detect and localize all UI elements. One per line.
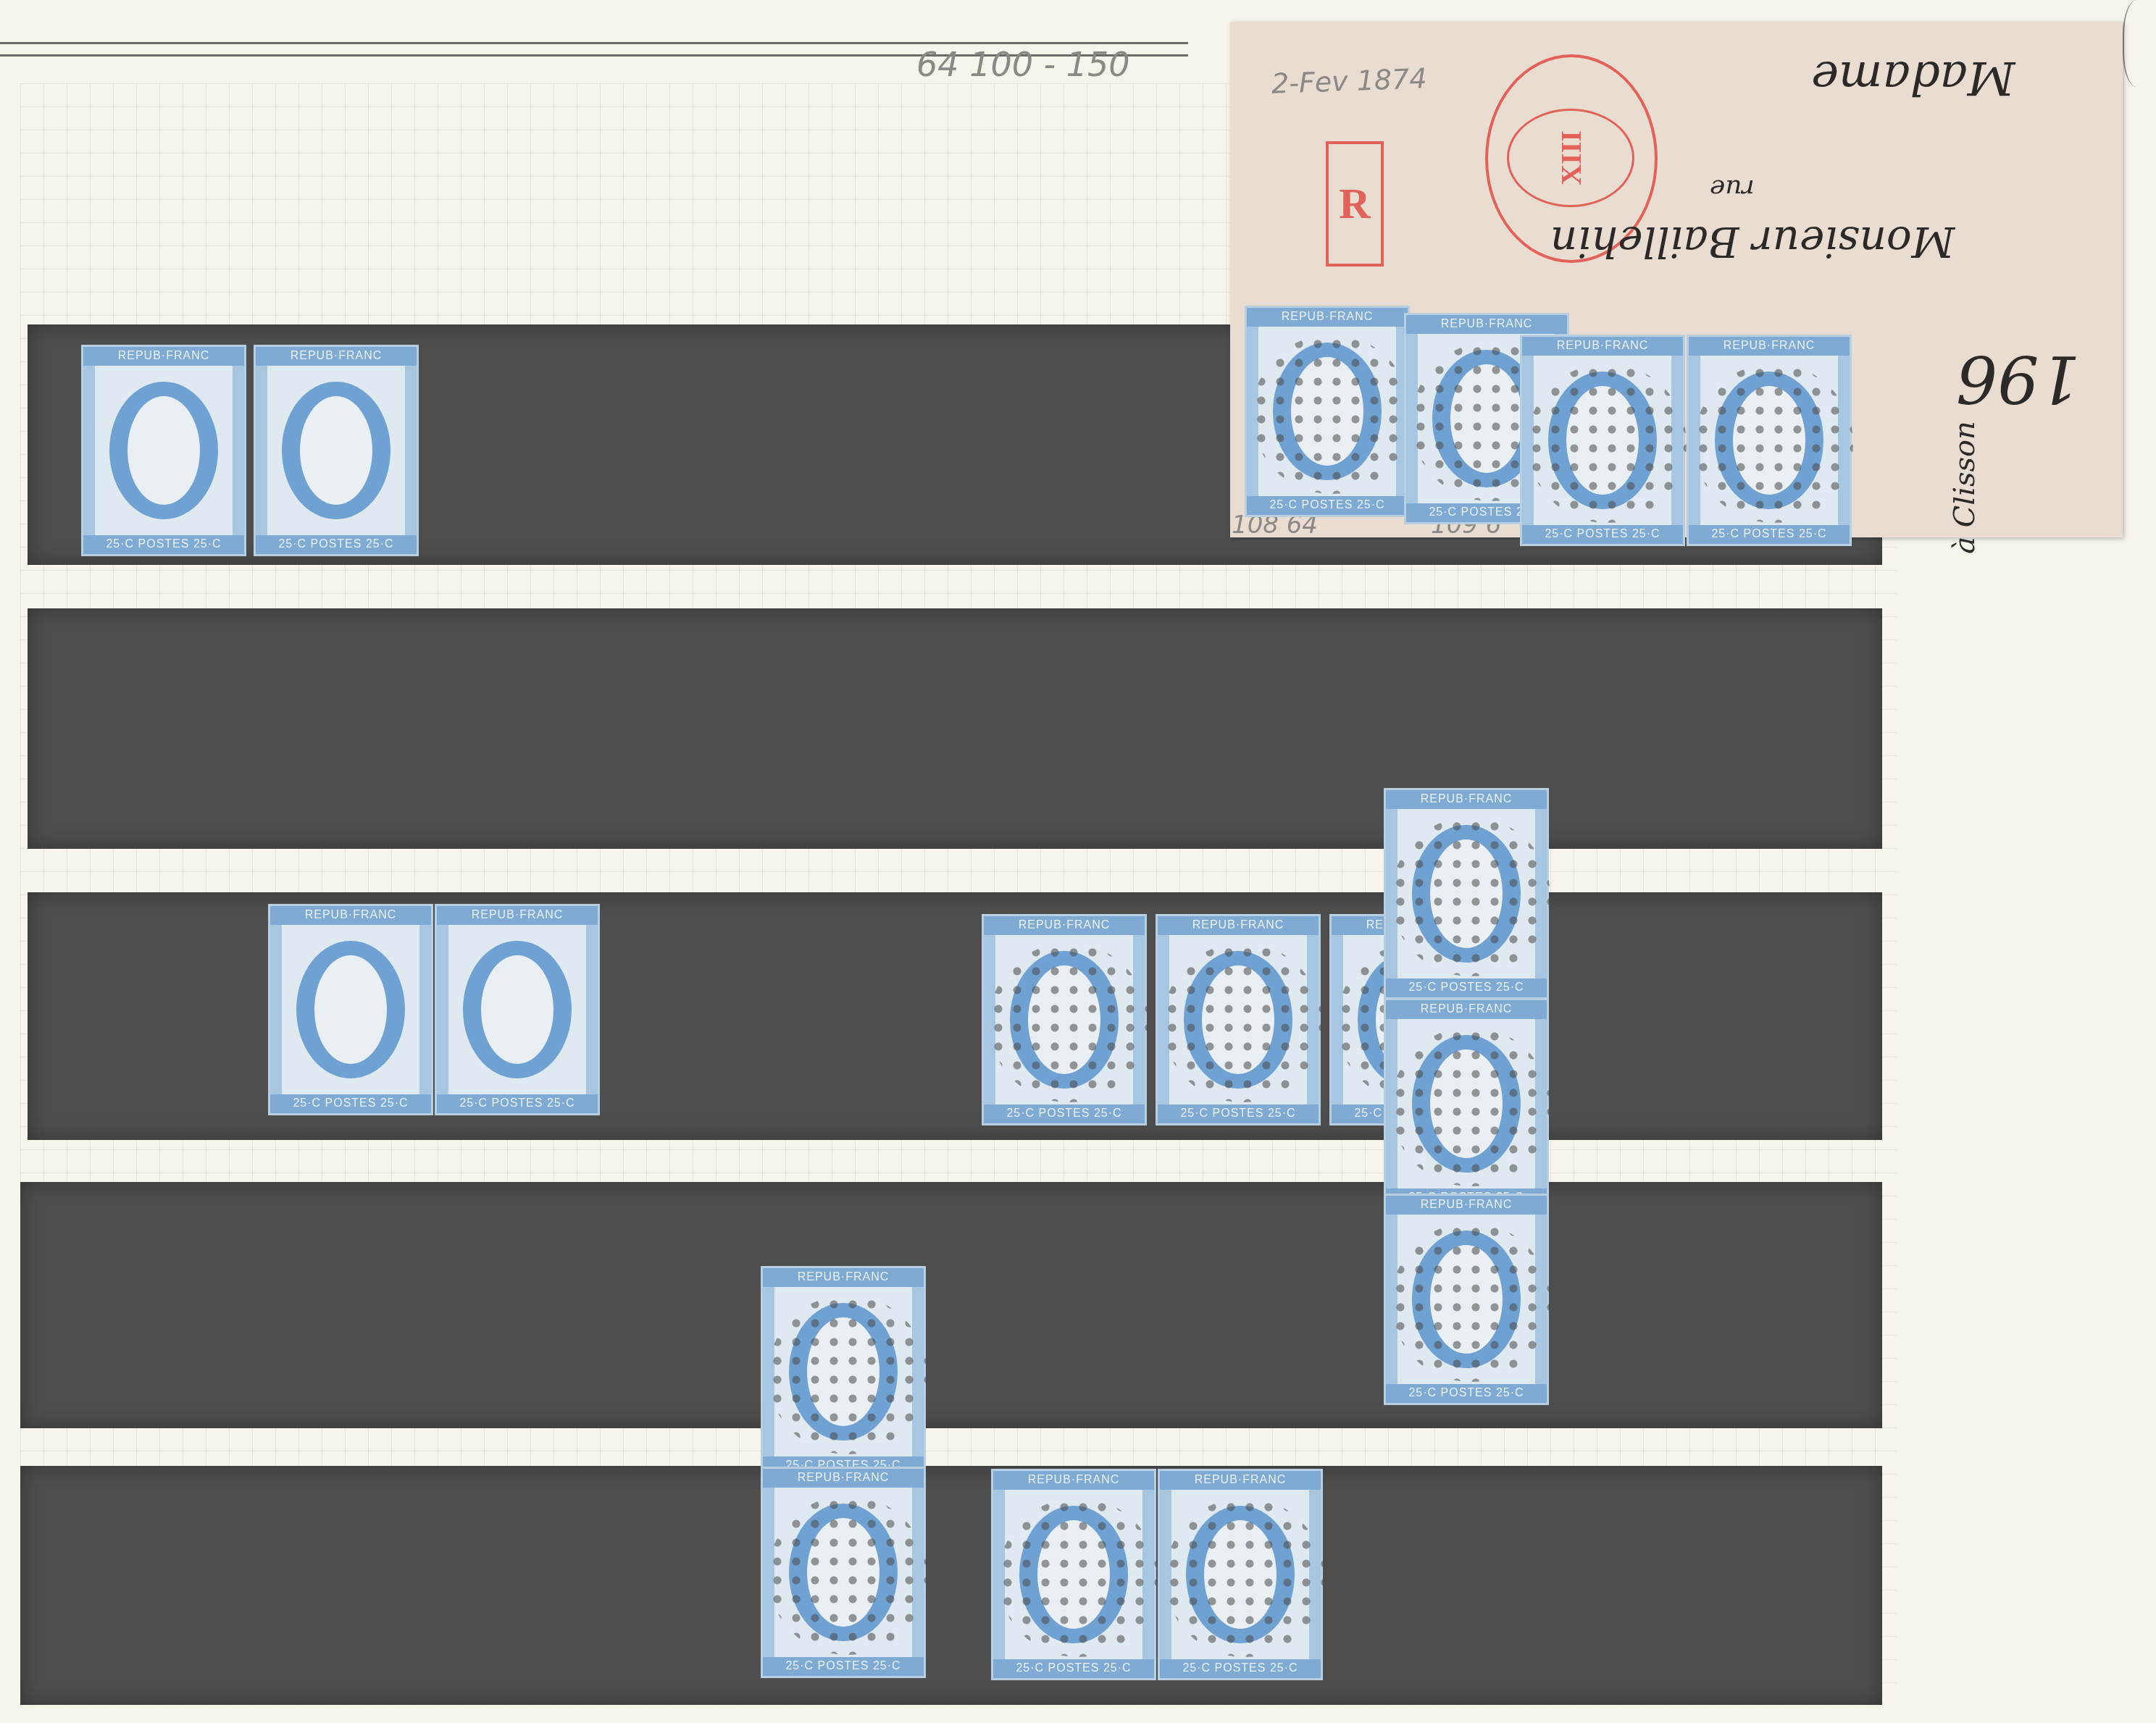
- address-line-1: Madame: [1811, 51, 2015, 104]
- address-line-2: Monsieur Baillehin: [1550, 217, 1955, 267]
- red-postmark-inner: XIII: [1507, 109, 1634, 207]
- stamp-top-legend: REPUB·FRANC: [763, 1469, 924, 1488]
- dotted-lozenge-cancel: [1391, 1223, 1550, 1382]
- album-strip-4: [20, 1182, 1882, 1428]
- registration-letter: R: [1339, 179, 1370, 229]
- stamp-bottom-legend: 25·C POSTES 25·C: [984, 1104, 1145, 1123]
- stamp-top-legend: REPUB·FRANC: [270, 906, 431, 925]
- stamp-top-legend: REPUB·FRANC: [1689, 337, 1850, 356]
- address-line-4: 196: [1956, 340, 2081, 416]
- stamp-bottom-legend: 25·C POSTES 25·C: [993, 1659, 1154, 1678]
- stamp-top-legend: REPUB·FRANC: [437, 906, 598, 925]
- dotted-lozenge-cancel: [768, 1295, 927, 1454]
- ceres-head-icon: [300, 396, 372, 505]
- stamp-bottom-legend: 25·C POSTES 25·C: [83, 535, 244, 554]
- dotted-lozenge-cancel: [1527, 364, 1687, 523]
- stamp-top-legend: REPUB·FRANC: [1247, 308, 1408, 327]
- stamp-top-legend: REPUB·FRANC: [1386, 1196, 1547, 1215]
- address-line-3: rue: [1710, 174, 1755, 204]
- dotted-lozenge-cancel: [1694, 364, 1853, 523]
- stamp-ceres-25c: REPUB·FRANC25·C POSTES 25·C: [81, 345, 246, 556]
- ceres-head-icon: [481, 955, 553, 1064]
- album-strip-5: [20, 1466, 1882, 1705]
- dotted-lozenge-cancel: [1252, 335, 1411, 494]
- stamp-top-legend: REPUB·FRANC: [1386, 790, 1547, 809]
- stamp-oval: [296, 941, 405, 1078]
- pencil-note-header: 64 100 - 150: [916, 45, 1130, 84]
- stamp-top-legend: REPUB·FRANC: [83, 347, 244, 366]
- page-corner-ornament: [2123, 0, 2156, 87]
- stamp-frame: [437, 925, 598, 1094]
- stamp-bottom-legend: 25·C POSTES 25·C: [437, 1094, 598, 1113]
- stamp-frame: [256, 366, 417, 535]
- dotted-lozenge-cancel: [1165, 1498, 1324, 1657]
- stamp-bottom-legend: 25·C POSTES 25·C: [256, 535, 417, 554]
- dotted-lozenge-cancel: [998, 1498, 1158, 1657]
- stamp-top-legend: REPUB·FRANC: [1406, 315, 1567, 334]
- stamp-top-legend: REPUB·FRANC: [993, 1471, 1154, 1490]
- header-rule-top: [0, 42, 1188, 44]
- stamp-top-legend: REPUB·FRANC: [984, 916, 1145, 935]
- pencil-note-date: 2-Fev 1874: [1271, 62, 1427, 99]
- dotted-lozenge-cancel: [768, 1496, 927, 1655]
- ceres-head-icon: [128, 396, 200, 505]
- registration-mark: R: [1326, 141, 1384, 267]
- stamp-top-legend: REPUB·FRANC: [1158, 916, 1319, 935]
- dotted-lozenge-cancel: [1391, 1027, 1550, 1186]
- stamp-bottom-legend: 25·C POSTES 25·C: [1158, 1104, 1319, 1123]
- stamp-top-legend: REPUB·FRANC: [763, 1268, 924, 1287]
- stamp-bottom-legend: 25·C POSTES 25·C: [270, 1094, 431, 1113]
- postmark-text: XIII: [1554, 130, 1588, 185]
- dotted-lozenge-cancel: [1391, 817, 1550, 976]
- stamp-ceres-25c: REPUB·FRANC25·C POSTES 25·C: [254, 345, 419, 556]
- stamp-bottom-legend: 25·C POSTES 25·C: [1386, 1384, 1547, 1403]
- stamp-top-legend: REPUB·FRANC: [256, 347, 417, 366]
- stamp-top-legend: REPUB·FRANC: [1386, 1000, 1547, 1019]
- stamp-frame: [270, 925, 431, 1094]
- dotted-lozenge-cancel: [1163, 943, 1322, 1102]
- address-line-5: à Clisson: [1948, 421, 1981, 554]
- ceres-head-icon: [314, 955, 387, 1064]
- stamp-top-legend: REPUB·FRANC: [1160, 1471, 1321, 1490]
- stamp-bottom-legend: 25·C POSTES 25·C: [1689, 525, 1850, 544]
- stamp-bottom-legend: 25·C POSTES 25·C: [1160, 1659, 1321, 1678]
- stamp-bottom-legend: 25·C POSTES 25·C: [1247, 496, 1408, 515]
- stamp-bottom-legend: 25·C POSTES 25·C: [763, 1657, 924, 1676]
- stamp-top-legend: REPUB·FRANC: [1522, 337, 1683, 356]
- stamp-oval: [282, 382, 390, 519]
- stamp-frame: [83, 366, 244, 535]
- stamp-bottom-legend: 25·C POSTES 25·C: [1386, 978, 1547, 997]
- stamp-ceres-25c: REPUB·FRANC25·C POSTES 25·C: [268, 904, 433, 1115]
- stamp-oval: [463, 941, 572, 1078]
- dotted-lozenge-cancel: [989, 943, 1148, 1102]
- album-strip-2: [28, 608, 1882, 849]
- stamp-oval: [109, 382, 218, 519]
- stamp-bottom-legend: 25·C POSTES 25·C: [1522, 525, 1683, 544]
- stamp-ceres-25c: REPUB·FRANC25·C POSTES 25·C: [435, 904, 600, 1115]
